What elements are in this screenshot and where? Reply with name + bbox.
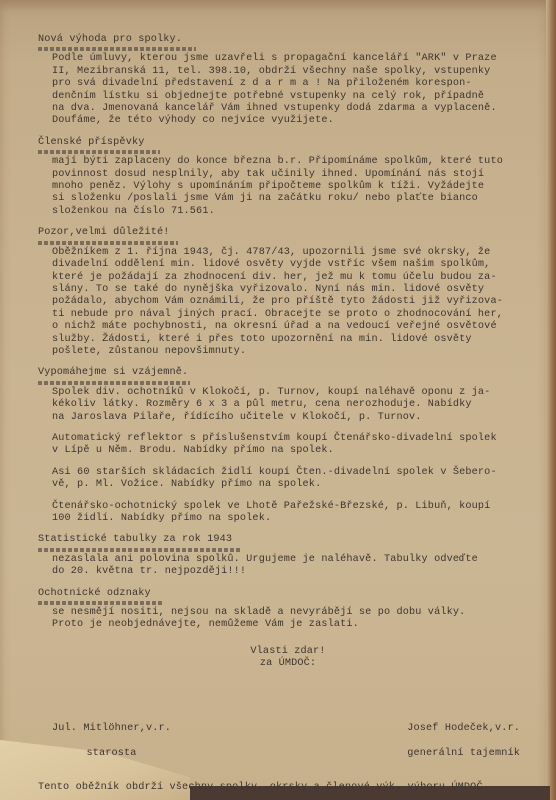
list-item: Automatický reflektor s příslušenstvím k… — [52, 433, 538, 458]
list-item: Čtenářsko-ochotnický spolek ve Lhotě Pař… — [52, 501, 538, 526]
paper-edge — [546, 0, 556, 800]
signature-title: generální tajemník — [407, 748, 520, 760]
section-heading: Vypomáhejme si vzájemně. — [38, 367, 538, 379]
section-new-benefit: Nová výhoda pro spolky. Podle úmluvy, kt… — [38, 34, 538, 128]
circular-document: Nová výhoda pro spolky. Podle úmluvy, kt… — [38, 34, 538, 794]
heading-underline — [38, 150, 160, 154]
heading-underline — [38, 241, 178, 245]
signature-name: Josef Hodeček,v.r. — [407, 723, 520, 735]
section-heading: Pozor,velmi důležité! — [38, 227, 538, 239]
signature-name: Jul. Mitlöhner,v.r. — [52, 723, 171, 735]
section-heading: Statistické tabulky za rok 1943 — [38, 534, 538, 546]
section-body: se nesmějí nositi, nejsou na skladě a ne… — [52, 607, 538, 632]
signature-title: starosta — [52, 748, 171, 760]
section-body: Podle úmluvy, kterou jsme uzavřeli s pro… — [52, 53, 538, 127]
section-badges: Ochotnické odznaky se nesmějí nositi, ne… — [38, 588, 538, 632]
section-body: nezaslala ani polovina spolků. Urgujeme … — [52, 554, 538, 579]
distribution-note: Tento oběžník obdrží všechny spolky, okr… — [38, 782, 538, 794]
section-important-notice: Pozor,velmi důležité! Oběžníkem z 1. říj… — [38, 227, 538, 358]
heading-underline — [38, 548, 240, 552]
list-item: Asi 60 starších skládacích židlí koupí Č… — [52, 467, 538, 492]
heading-underline — [38, 381, 190, 385]
signature-chairman: Jul. Mitlöhner,v.r. starosta — [52, 711, 171, 773]
section-heading: Nová výhoda pro spolky. — [38, 34, 538, 46]
section-mutual-help: Vypomáhejme si vzájemně. Spolek div. och… — [38, 367, 538, 525]
section-body: mají býti zaplaceny do konce března b.r.… — [52, 156, 538, 218]
heading-underline — [38, 601, 162, 605]
heading-underline — [38, 47, 196, 51]
section-body: Oběžníkem z 1. října 1943, čj. 4787/43, … — [52, 247, 538, 359]
section-statistics: Statistické tabulky za rok 1943 nezaslal… — [38, 534, 538, 578]
section-heading: Členské příspěvky — [38, 137, 538, 149]
signature-secretary: Josef Hodeček,v.r. generální tajemník — [407, 711, 520, 773]
closing-salutation: Vlasti zdar! za ÚMDOČ: — [38, 646, 538, 671]
signatures: Jul. Mitlöhner,v.r. starosta Josef Hodeč… — [38, 711, 538, 773]
section-heading: Ochotnické odznaky — [38, 588, 538, 600]
section-membership-fees: Členské příspěvky mají býti zaplaceny do… — [38, 137, 538, 218]
list-item: Spolek div. ochotníků v Klokočí, p. Turn… — [52, 387, 538, 424]
